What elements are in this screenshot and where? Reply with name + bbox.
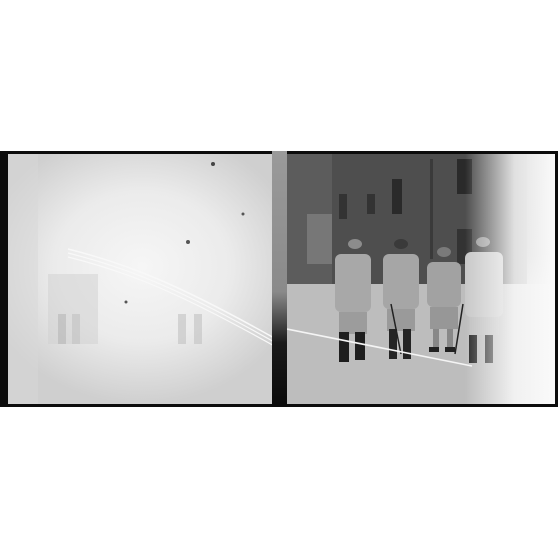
left-stereo-panel	[8, 154, 276, 404]
stereo-photo-plate	[0, 151, 558, 407]
stereo-divider	[272, 151, 287, 407]
light-leak	[465, 154, 555, 404]
left-panel-scene	[8, 154, 276, 404]
right-stereo-panel	[287, 154, 555, 404]
